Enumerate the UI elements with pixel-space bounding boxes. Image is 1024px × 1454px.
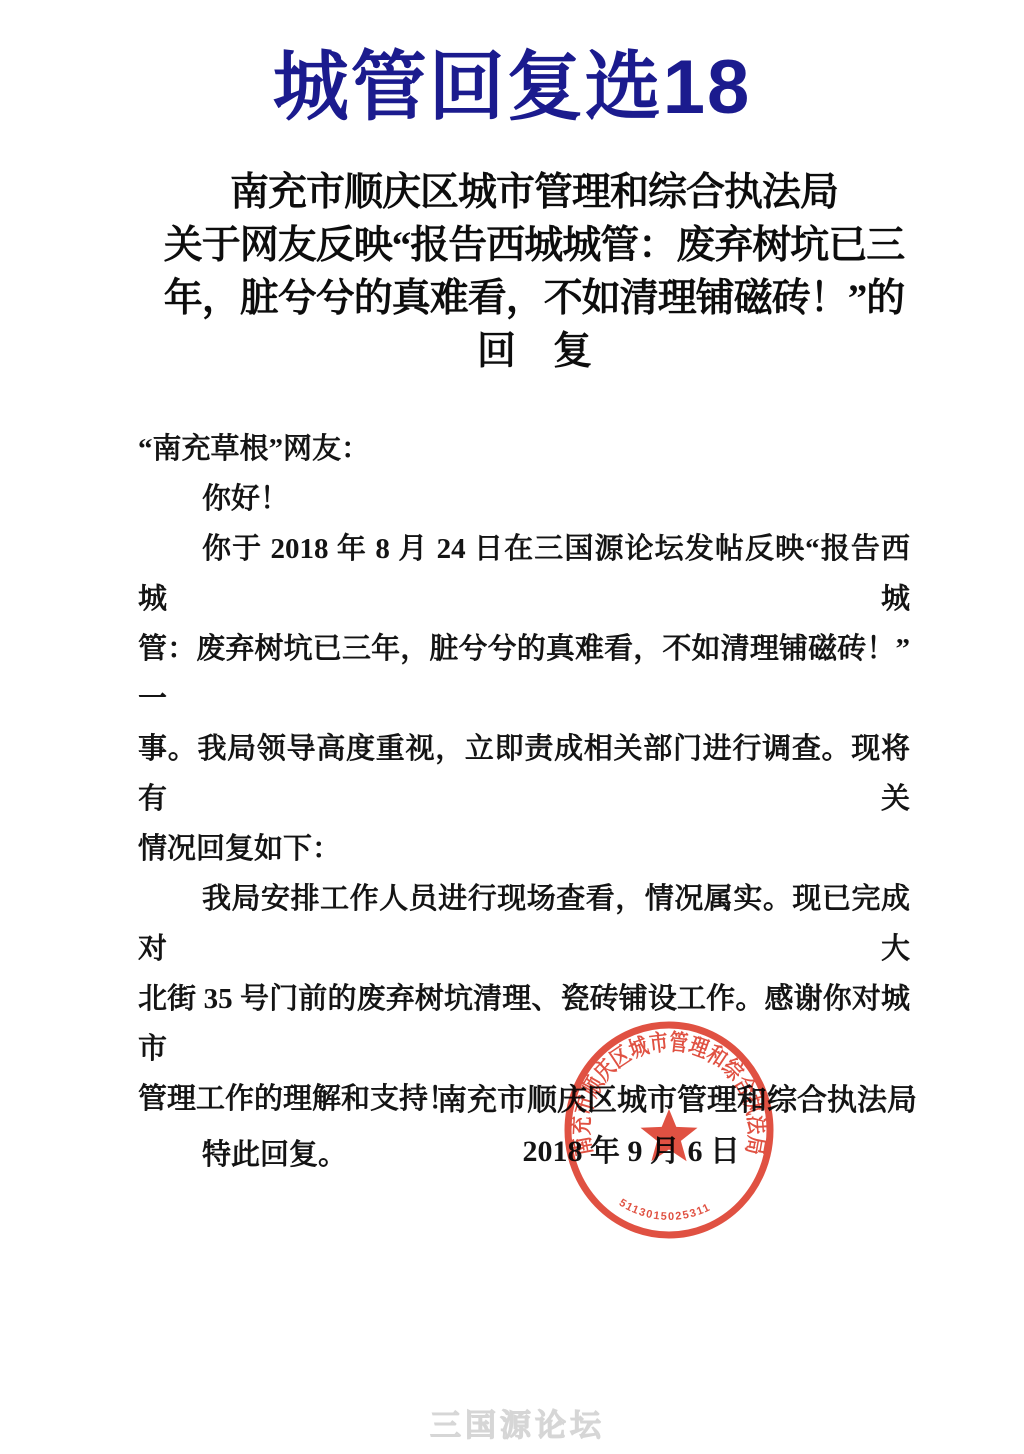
salutation-line: “南充草根”网友： (138, 424, 910, 474)
body-line: 北街 35 号门前的废弃树坑清理、瓷砖铺设工作。感谢你对城市 (138, 974, 910, 1074)
heading-line-agency: 南充市顺庆区城市管理和综合执法局 (44, 166, 1024, 219)
greeting-line: 你好！ (138, 474, 910, 524)
forum-watermark: 三国源论坛 (430, 1400, 605, 1445)
body-line: 管：废弃树坑已三年，脏兮兮的真难看，不如清理铺磁砖！” 一 (138, 624, 910, 724)
seal-star-icon (641, 1109, 698, 1161)
body-line: 你于 2018 年 8 月 24 日在三国源论坛发帖反映“报告西城城 (138, 524, 910, 624)
document-heading: 南充市顺庆区城市管理和综合执法局 关于网友反映“报告西城城管：废弃树坑已三 年，… (44, 166, 1024, 378)
heading-line-reply: 回 复 (44, 325, 1024, 378)
body-line: 我局安排工作人员进行现场查看，情况属实。现已完成对大 (138, 874, 910, 974)
document-page: 城管回复选18 南充市顺庆区城市管理和综合执法局 关于网友反映“报告西城城管：废… (0, 0, 1024, 1454)
body-line: 情况回复如下： (138, 824, 910, 874)
heading-line-subject-1: 关于网友反映“报告西城城管：废弃树坑已三 (44, 219, 1024, 272)
seal-code: 5113015025311 (617, 1197, 713, 1223)
heading-line-subject-2: 年，脏兮兮的真难看，不如清理铺磁砖！”的 (44, 272, 1024, 325)
letter-body: “南充草根”网友： 你好！ 你于 2018 年 8 月 24 日在三国源论坛发帖… (138, 424, 910, 1180)
body-line: 事。我局领导高度重视，立即责成相关部门进行调查。现将有关 (138, 724, 910, 824)
official-seal: 南充市顺庆区城市管理和综合执法局 5113015025311 (561, 1019, 777, 1241)
page-title: 城管回复选18 (0, 44, 1024, 131)
